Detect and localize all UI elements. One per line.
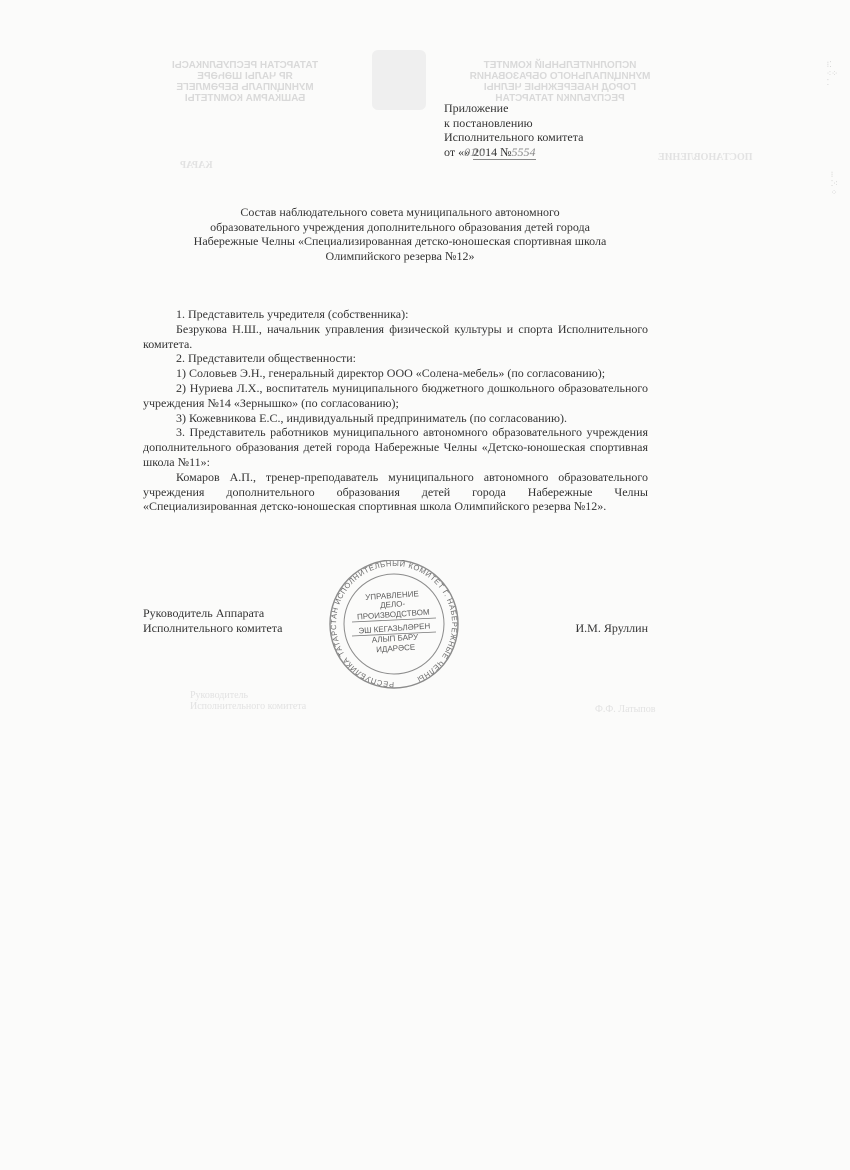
title-line: образовательного учреждения дополнительн…: [150, 220, 650, 235]
bleed-through-postanovlenie: ПОСТАНОВЛЕНИЕ: [658, 152, 753, 163]
stamp-text: ДЕЛО-: [380, 599, 406, 610]
title-line: Состав наблюдательного совета муниципаль…: [150, 205, 650, 220]
appendix-date-line: от «01» 10 2014 №5554: [444, 145, 583, 160]
bleed-through-emblem-icon: [372, 50, 426, 110]
bleed-line: ГОРОД НАБЕРЕЖНЫЕ ЧЕЛНЫ: [440, 82, 680, 93]
title-line: Набережные Челны «Специализированная дет…: [150, 234, 650, 249]
bleed-line: ИСПОЛНИТЕЛЬНЫЙ КОМИТЕТ: [440, 60, 680, 71]
handwritten-month: 10: [473, 145, 517, 161]
appendix-line: Приложение: [444, 101, 583, 116]
bleed-line: БАШКАРМА КОМИТЕТЫ: [170, 93, 320, 104]
official-stamp-icon: РЕСПУБЛИКА ТАТАРСТАН ИСПОЛНИТЕЛЬНЫЙ КОМИ…: [312, 560, 477, 695]
section-2-member-2: 2) Нуриева Л.Х., воспитатель муниципальн…: [143, 381, 648, 411]
bleed-through-tatar-header: ТАТАРСТАН РЕСПУБЛИКАСЫ ЯР ЧАЛЫ ШӘҺӘРЕ МУ…: [170, 60, 320, 104]
date-prefix: от «: [444, 145, 464, 159]
appendix-line: Исполнительного комитета: [444, 130, 583, 145]
appendix-header: Приложение к постановлению Исполнительно…: [444, 101, 583, 159]
bleed-line: МУНИЦИПАЛЬНОГО ОБРАЗОВАНИЯ: [440, 71, 680, 82]
scan-edge-marks: ⁝⁚⁖⁘: [831, 170, 838, 197]
document-body: 1. Представитель учредителя (собственник…: [143, 307, 648, 514]
section-3-heading: 3. Представитель работников муниципально…: [143, 425, 648, 469]
stamp-text: ИДАРӘСЕ: [376, 643, 416, 655]
document-title: Состав наблюдательного совета муниципаль…: [150, 205, 650, 263]
appendix-line: к постановлению: [444, 116, 583, 131]
bleed-through-kapar: КАРАР: [180, 160, 213, 171]
title-line: Олимпийского резерва №12»: [150, 249, 650, 264]
section-2-member-1: 1) Соловьев Э.Н., генеральный директор О…: [143, 366, 648, 381]
bleed-line: ТАТАРСТАН РЕСПУБЛИКАСЫ: [170, 60, 320, 71]
bleed-line: МУНИЦИПАЛЬ БЕРӘМЛЕГЕ: [170, 82, 320, 93]
bleed-through-signer: Ф.Ф. Латыпов: [595, 704, 655, 715]
scan-edge-marks: ⁝⁚⁖⁘⁚: [827, 60, 838, 87]
bleed-line: Исполнительного комитета: [190, 701, 306, 712]
bleed-through-signer-role: Руководитель Исполнительного комитета: [190, 690, 306, 712]
section-2-member-3: 3) Кожевникова Е.С., индивидуальный пред…: [143, 411, 648, 426]
signer-name: И.М. Яруллин: [576, 621, 648, 636]
section-2-heading: 2. Представители общественности:: [143, 351, 648, 366]
bleed-line: ЯР ЧАЛЫ ШӘҺӘРЕ: [170, 71, 320, 82]
section-1-heading: 1. Представитель учредителя (собственник…: [143, 307, 648, 322]
section-1-member: Безрукова Н.Ш., начальник управления физ…: [143, 322, 648, 352]
bleed-line: Руководитель: [190, 690, 306, 701]
handwritten-number: 5554: [512, 145, 536, 161]
section-3-member: Комаров А.П., тренер-преподаватель муниц…: [143, 470, 648, 514]
bleed-through-russian-header: ИСПОЛНИТЕЛЬНЫЙ КОМИТЕТ МУНИЦИПАЛЬНОГО ОБ…: [440, 60, 680, 104]
stamp-text: ПРОИЗВОДСТВОМ: [357, 607, 430, 621]
